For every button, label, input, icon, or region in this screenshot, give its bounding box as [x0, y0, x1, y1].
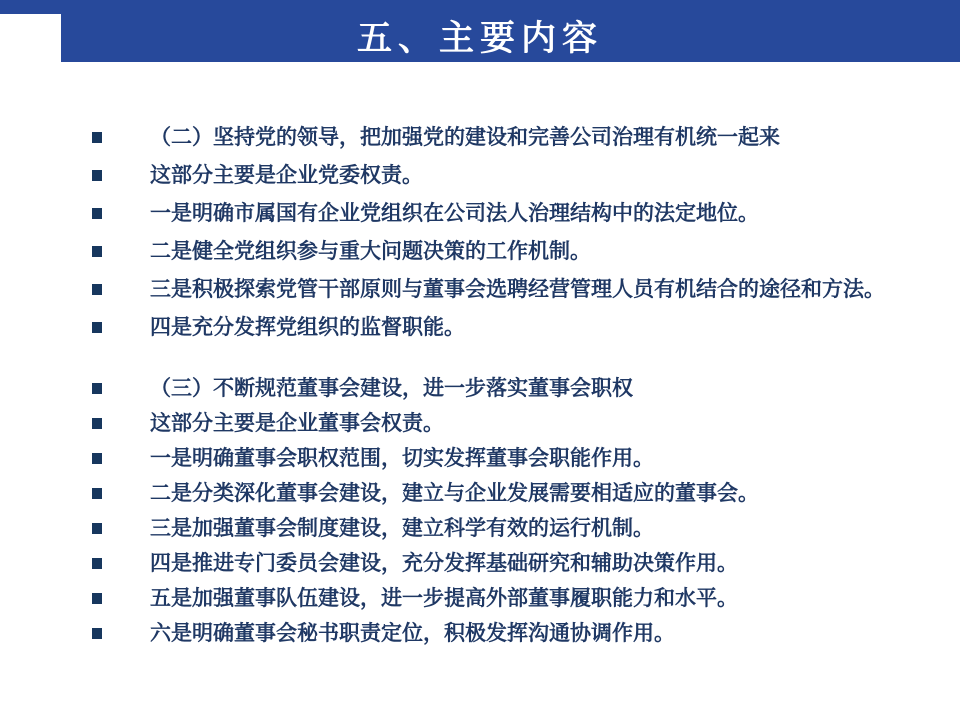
bullet-square-icon: [92, 523, 102, 534]
bullet-text: 二是健全党组织参与重大问题决策的工作机制。: [150, 240, 591, 263]
bullet-text: 这部分主要是企业董事会权责。: [150, 412, 444, 435]
bullet-text: 五是加强董事队伍建设，进一步提高外部董事履职能力和水平。: [150, 587, 738, 610]
bullet-square-icon: [92, 246, 102, 257]
bullet-item: 二是分类深化董事会建设，建立与企业发展需要相适应的董事会。: [92, 482, 937, 505]
bullet-item: 二是健全党组织参与重大问题决策的工作机制。: [92, 240, 937, 263]
bullet-item: 四是推进专门委员会建设，充分发挥基础研究和辅助决策作用。: [92, 552, 937, 575]
corner-notch: [0, 14, 61, 62]
slide-title: 五、主要内容: [357, 11, 603, 61]
bullet-text: 二是分类深化董事会建设，建立与企业发展需要相适应的董事会。: [150, 482, 759, 505]
bullet-text: （二）坚持党的领导，把加强党的建设和完善公司治理有机统一起来: [150, 126, 780, 149]
bullet-text: 这部分主要是企业党委权责。: [150, 164, 423, 187]
bullet-square-icon: [92, 453, 102, 464]
bullet-square-icon: [92, 418, 102, 429]
bullet-item: 三是积极探索党管干部原则与董事会选聘经营管理人员有机结合的途径和方法。: [92, 278, 937, 301]
bullet-square-icon: [92, 488, 102, 499]
bullet-item: 四是充分发挥党组织的监督职能。: [92, 316, 937, 339]
bullet-square-icon: [92, 170, 102, 181]
bullet-text: （三）不断规范董事会建设，进一步落实董事会职权: [150, 377, 633, 400]
bullet-text: 四是推进专门委员会建设，充分发挥基础研究和辅助决策作用。: [150, 552, 738, 575]
bullet-item: 三是加强董事会制度建设，建立科学有效的运行机制。: [92, 517, 937, 540]
bullet-square-icon: [92, 628, 102, 639]
bullet-text: 四是充分发挥党组织的监督职能。: [150, 316, 465, 339]
bullet-item: 这部分主要是企业党委权责。: [92, 164, 937, 187]
bullet-square-icon: [92, 383, 102, 394]
title-bar: 五、主要内容: [0, 0, 960, 62]
bullet-item: 一是明确董事会职权范围，切实发挥董事会职能作用。: [92, 447, 937, 470]
bullet-text: 一是明确市属国有企业党组织在公司法人治理结构中的法定地位。: [150, 202, 759, 225]
bullet-square-icon: [92, 558, 102, 569]
bullet-text: 三是积极探索党管干部原则与董事会选聘经营管理人员有机结合的途径和方法。: [150, 278, 885, 301]
slide: 五、主要内容 （二）坚持党的领导，把加强党的建设和完善公司治理有机统一起来 这部…: [0, 0, 960, 720]
bullet-text: 六是明确董事会秘书职责定位，积极发挥沟通协调作用。: [150, 622, 675, 645]
bullet-square-icon: [92, 322, 102, 333]
bullet-square-icon: [92, 284, 102, 295]
bullet-item: 一是明确市属国有企业党组织在公司法人治理结构中的法定地位。: [92, 202, 937, 225]
bullet-square-icon: [92, 593, 102, 604]
bullet-text: 三是加强董事会制度建设，建立科学有效的运行机制。: [150, 517, 654, 540]
bullet-item: 五是加强董事队伍建设，进一步提高外部董事履职能力和水平。: [92, 587, 937, 610]
bullet-square-icon: [92, 208, 102, 219]
bullet-item: 这部分主要是企业董事会权责。: [92, 412, 937, 435]
bullet-text: 一是明确董事会职权范围，切实发挥董事会职能作用。: [150, 447, 654, 470]
bullet-item: 六是明确董事会秘书职责定位，积极发挥沟通协调作用。: [92, 622, 937, 645]
bullet-item: （三）不断规范董事会建设，进一步落实董事会职权: [92, 377, 937, 400]
bullet-square-icon: [92, 132, 102, 143]
bullet-list-board-section: （三）不断规范董事会建设，进一步落实董事会职权 这部分主要是企业董事会权责。 一…: [92, 377, 937, 657]
bullet-list-party-section: （二）坚持党的领导，把加强党的建设和完善公司治理有机统一起来 这部分主要是企业党…: [92, 126, 937, 354]
bullet-item: （二）坚持党的领导，把加强党的建设和完善公司治理有机统一起来: [92, 126, 937, 149]
